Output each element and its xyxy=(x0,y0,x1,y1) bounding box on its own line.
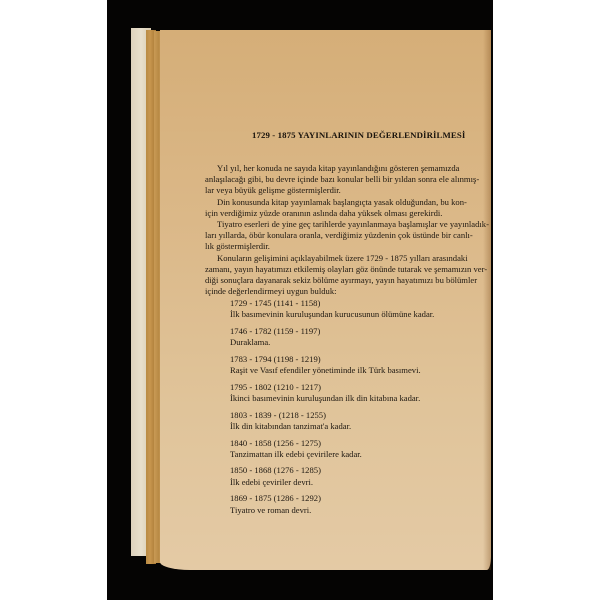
period-list: 1729 - 1745 (1141 - 1158) İlk basımevini… xyxy=(230,298,490,521)
period-entry: 1729 - 1745 (1141 - 1158) İlk basımevini… xyxy=(230,298,490,320)
period-entry: 1840 - 1858 (1256 - 1275) Tanzimattan il… xyxy=(230,438,490,460)
period-entry: 1869 - 1875 (1286 - 1292) Tiyatro ve rom… xyxy=(230,493,490,515)
text-line: içinde değerlendirmeyi uygun bulduk: xyxy=(205,286,491,297)
period-description: Tiyatro ve roman devri. xyxy=(230,505,490,516)
paragraph-1: Yıl yıl, her konuda ne sayıda kitap yayı… xyxy=(205,163,491,197)
text-line: lık göstermişlerdir. xyxy=(205,241,491,252)
period-description: Duraklama. xyxy=(230,337,490,348)
period-years: 1729 - 1745 (1141 - 1158) xyxy=(230,298,490,309)
period-entry: 1746 - 1782 (1159 - 1197) Duraklama. xyxy=(230,326,490,348)
period-years: 1803 - 1839 - (1218 - 1255) xyxy=(230,410,490,421)
period-description: İlk basımevinin kuruluşundan kurucusunun… xyxy=(230,309,490,320)
period-description: Raşit ve Vasıf efendiler yönetiminde ilk… xyxy=(230,365,490,376)
period-years: 1869 - 1875 (1286 - 1292) xyxy=(230,493,490,504)
text-line: için verdiğimiz yüzde oranının aslında d… xyxy=(205,208,491,219)
text-line: ları yıllarda, öbür konulara oranla, ver… xyxy=(205,230,491,241)
text-line: Tiyatro eserleri de yine geç tarihlerde … xyxy=(205,219,491,230)
text-line: lar veya büyük gelişme göstermişlerdir. xyxy=(205,185,491,196)
period-entry: 1795 - 1802 (1210 - 1217) İkinci basımev… xyxy=(230,382,490,404)
period-years: 1840 - 1858 (1256 - 1275) xyxy=(230,438,490,449)
period-years: 1783 - 1794 (1198 - 1219) xyxy=(230,354,490,365)
period-description: İlk edebi çeviriler devri. xyxy=(230,477,490,488)
text-line: diği sonuçlara dayanarak sekiz bölüme ay… xyxy=(205,275,491,286)
period-description: Tanzimattan ilk edebi çevirilere kadar. xyxy=(230,449,490,460)
text-line: zamanı, yayın hayatımızı etkilemiş olayl… xyxy=(205,264,491,275)
period-years: 1746 - 1782 (1159 - 1197) xyxy=(230,326,490,337)
paragraph-2: Din konusunda kitap yayınlamak başlangıç… xyxy=(205,197,491,219)
page-title: 1729 - 1875 YAYINLARININ DEĞERLENDİRİLME… xyxy=(252,130,465,140)
text-line: Konuların gelişimini açıklayabilmek üzer… xyxy=(205,253,491,264)
paragraph-3: Tiyatro eserleri de yine geç tarihlerde … xyxy=(205,219,491,253)
period-years: 1850 - 1868 (1276 - 1285) xyxy=(230,465,490,476)
period-description: İkinci basımevinin kuruluşundan ilk din … xyxy=(230,393,490,404)
period-entry: 1850 - 1868 (1276 - 1285) İlk edebi çevi… xyxy=(230,465,490,487)
period-description: İlk din kitabından tanzimat'a kadar. xyxy=(230,421,490,432)
text-line: Yıl yıl, her konuda ne sayıda kitap yayı… xyxy=(205,163,491,174)
paragraph-4: Konuların gelişimini açıklayabilmek üzer… xyxy=(205,253,491,298)
period-entry: 1783 - 1794 (1198 - 1219) Raşit ve Vasıf… xyxy=(230,354,490,376)
period-entry: 1803 - 1839 - (1218 - 1255) İlk din kita… xyxy=(230,410,490,432)
text-line: Din konusunda kitap yayınlamak başlangıç… xyxy=(205,197,491,208)
text-line: anlaşılacağı gibi, bu devre içinde bazı … xyxy=(205,174,491,185)
period-years: 1795 - 1802 (1210 - 1217) xyxy=(230,382,490,393)
